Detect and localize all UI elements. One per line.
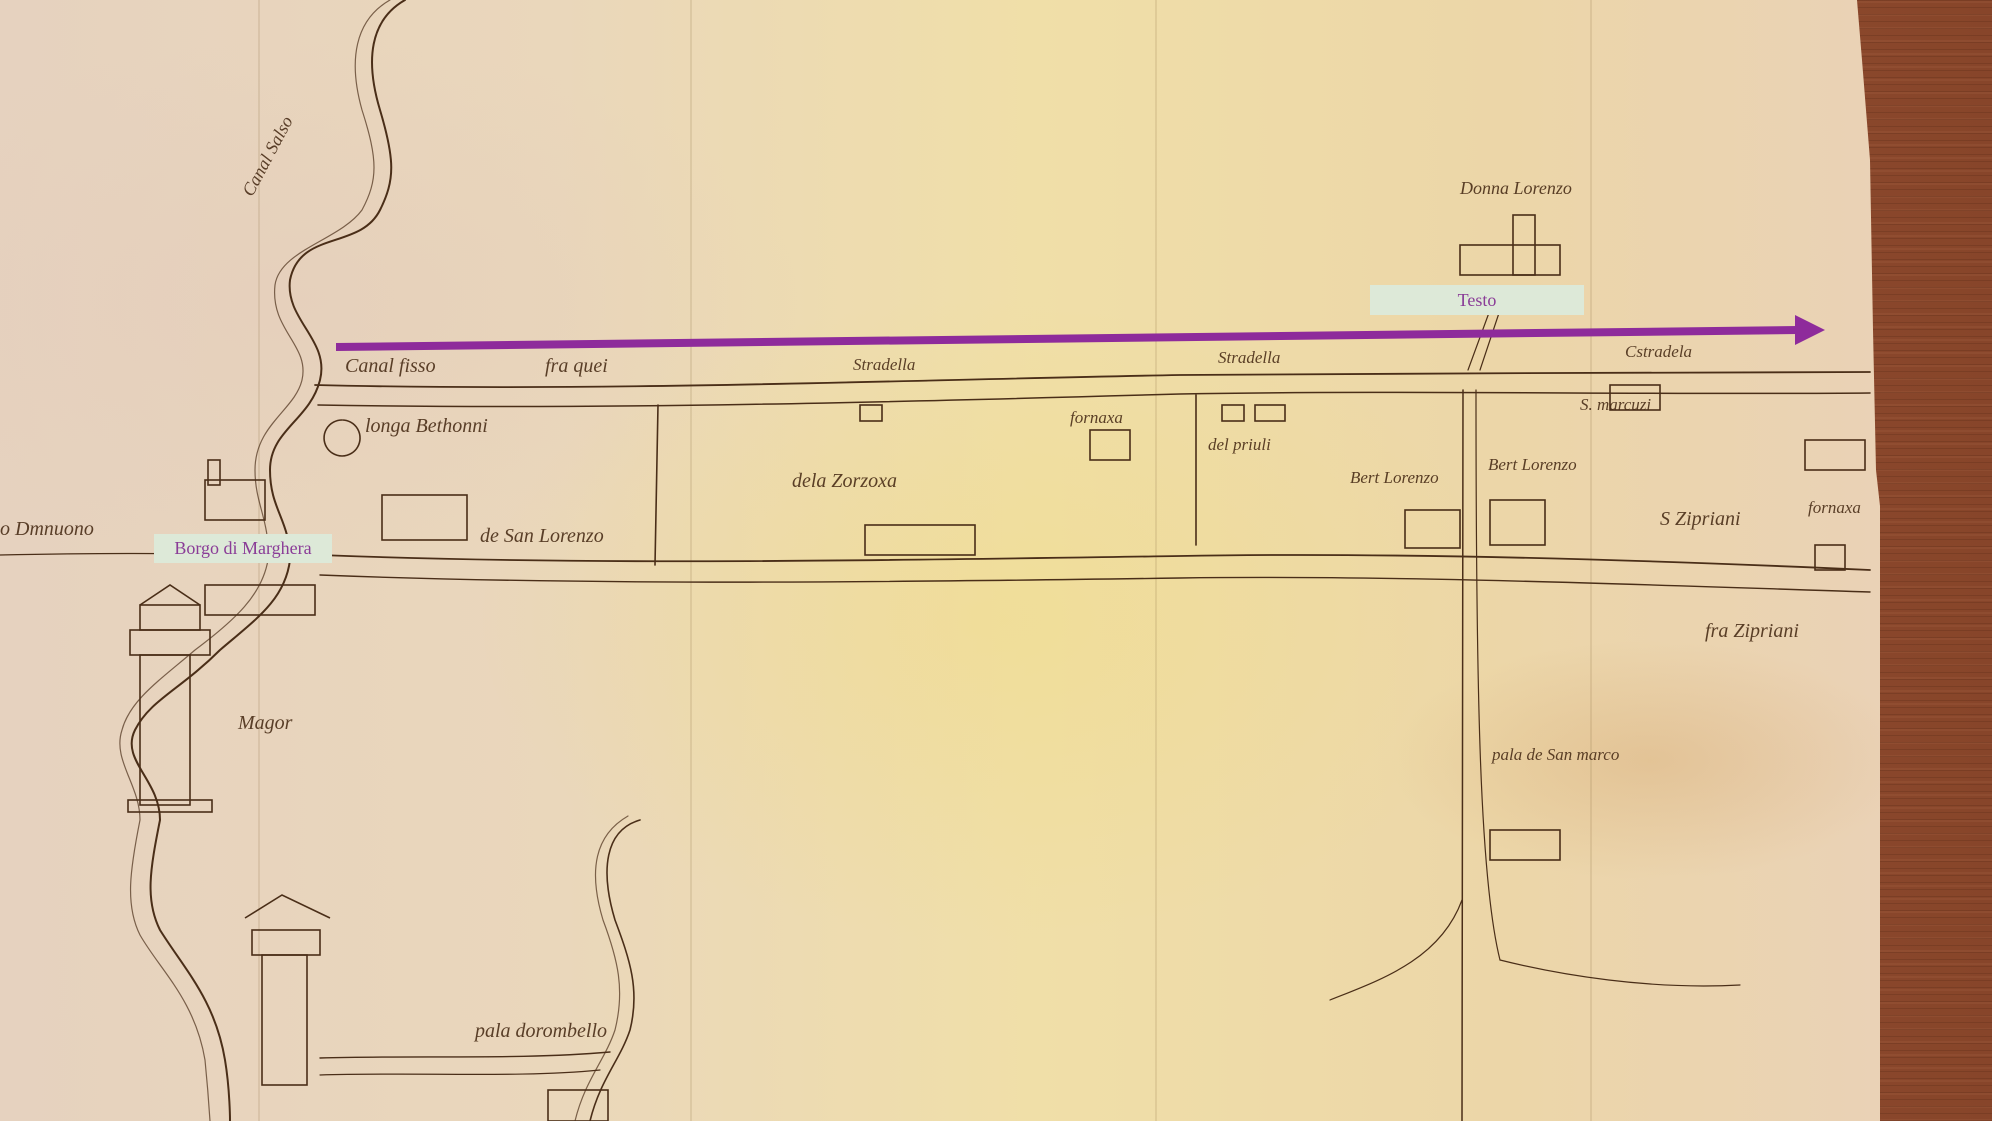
- arrow-head-icon: [1795, 315, 1825, 345]
- arrow-shaft: [336, 326, 1798, 351]
- direction-arrow: [0, 0, 1992, 1121]
- map-canvas: Canal Salso Canal fisso fra quei Stradel…: [0, 0, 1992, 1121]
